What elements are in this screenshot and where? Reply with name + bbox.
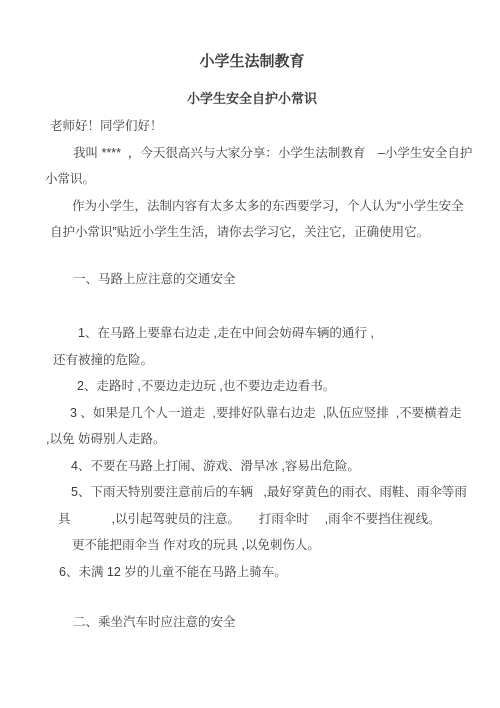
item-1-line-1: 1、在马路上要靠右边走 ,走在中间会妨碍车辆的通行 , bbox=[78, 320, 454, 347]
document-page: 小学生法制教育 小学生安全自护小常识 老师好！同学们好！ 我叫 **** ，今天… bbox=[0, 0, 500, 708]
item-2: 2、走路时 ,不要边走边玩 ,也不要边走边看书。 bbox=[77, 373, 454, 400]
item-3-line-1: 3 、如果是几个人一道走 ,要排好队靠右边走 ,队伍应竖排 ,不要横着走 bbox=[70, 400, 454, 427]
line-intro-1: 我叫 **** ，今天很高兴与大家分享：小学生法制教育 –小学生安全自护 bbox=[73, 140, 454, 167]
section-heading-1: 一、马路上应注意的交通安全 bbox=[73, 266, 454, 293]
document-subtitle: 小学生安全自护小常识 bbox=[50, 86, 454, 112]
line-preface-1: 作为小学生，法制内容有太多太多的东西要学习，个人认为“小学生安全 bbox=[72, 193, 454, 220]
document-title: 小学生法制教育 bbox=[50, 49, 454, 75]
item-5-line-3: 更不能把雨伞当 作对攻的玩具 ,以免刺伤人。 bbox=[72, 532, 454, 559]
item-6: 6、未满 12 岁的儿童不能在马路上骑车。 bbox=[59, 559, 454, 586]
item-4: 4、不要在马路上打闹、游戏、滑旱冰 ,容易出危险。 bbox=[71, 453, 454, 480]
section-heading-2: 二、乘坐汽车时应注意的安全 bbox=[73, 609, 454, 636]
line-preface-2: 自护小常识”贴近小学生生活，请你去学习它，关注它，正确使用它。 bbox=[50, 219, 454, 246]
line-intro-2: 小常识。 bbox=[45, 166, 454, 193]
item-3-line-2: ,以免 妨碍别人走路。 bbox=[46, 426, 454, 453]
item-1-line-2: 还有被撞的危险。 bbox=[53, 347, 454, 374]
item-5-line-1: 5、下雨天特别要注意前后的车辆 ,最好穿黄色的雨衣、雨鞋、雨伞等雨 bbox=[71, 479, 454, 506]
line-greeting: 老师好！同学们好！ bbox=[50, 113, 454, 140]
item-5-line-2: 具 ,以引起驾驶员的注意。 打雨伞时 ,雨伞不要挡住视线。 bbox=[58, 506, 454, 533]
